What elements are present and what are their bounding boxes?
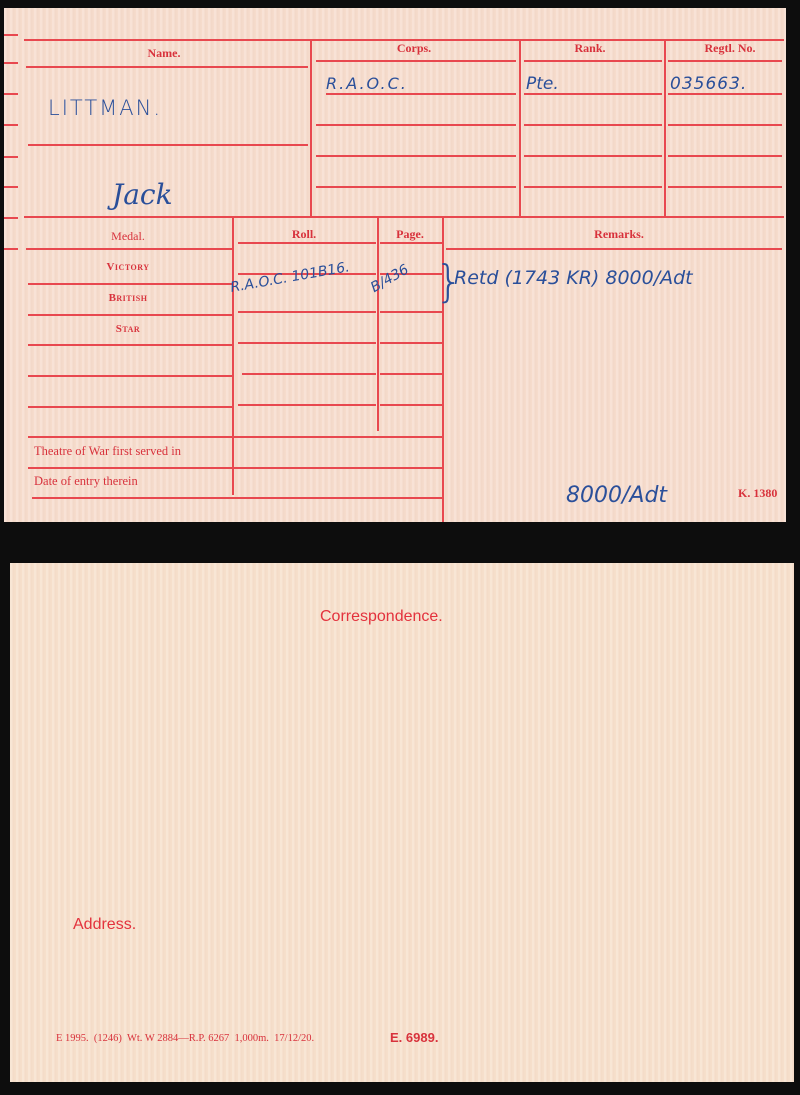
corps-header: Corps.: [364, 41, 464, 56]
date-of-entry-label: Date of entry therein: [34, 474, 138, 489]
remarks-header: Remarks.: [554, 227, 684, 242]
rule: [668, 124, 782, 126]
rule: [380, 342, 442, 344]
theatre-of-war-label: Theatre of War first served in: [34, 444, 181, 459]
bottom-note-entry: 8000/Adt: [566, 483, 667, 508]
medal-index-card-front: Name. Corps. Rank. Regtl. No. LITTMAN. J…: [4, 8, 786, 522]
margin-tick: [4, 62, 18, 64]
margin-tick: [4, 186, 18, 188]
rule: [446, 248, 782, 250]
forename-entry: Jack: [112, 178, 173, 211]
medal-british: British: [78, 292, 178, 304]
imprint-code: E. 6989.: [390, 1030, 438, 1045]
remarks-entry: Retd (1743 KR) 8000/Adt: [454, 267, 693, 289]
rule: [28, 467, 442, 469]
corps-entry: R.A.O.C.: [326, 74, 408, 93]
name-header: Name.: [104, 46, 224, 61]
rule: [524, 186, 662, 188]
margin-tick: [4, 93, 18, 95]
margin-tick: [4, 217, 18, 219]
correspondence-label: Correspondence.: [320, 608, 443, 626]
rule: [316, 124, 516, 126]
medal-header: Medal.: [78, 229, 178, 244]
rule: [380, 373, 442, 375]
rule: [316, 155, 516, 157]
roll-header: Roll.: [254, 227, 354, 242]
rank-header: Rank.: [540, 41, 640, 56]
rule: [377, 217, 379, 431]
rule: [316, 186, 516, 188]
rule: [28, 283, 232, 285]
rule: [26, 248, 232, 250]
rule: [664, 40, 666, 216]
roll-entry: R.A.O.C. 101B16.: [229, 259, 351, 296]
medal-index-card-back: Correspondence. Address. E 1995. (1246) …: [10, 563, 794, 1082]
rank-entry: Pte.: [526, 74, 559, 94]
rule: [28, 314, 232, 316]
form-code: K. 1380: [738, 486, 777, 501]
medal-victory: Victory: [78, 261, 178, 273]
regtl-no-entry: 035663.: [670, 74, 747, 94]
rule: [238, 311, 376, 313]
rule: [524, 60, 662, 62]
margin-tick: [4, 34, 18, 36]
margin-tick: [4, 124, 18, 126]
margin-tick: [4, 156, 18, 158]
regtl-no-header: Regtl. No.: [680, 41, 780, 56]
page-entry: B/436: [368, 262, 412, 296]
medal-star: Star: [78, 323, 178, 335]
rule: [380, 404, 442, 406]
rule: [28, 375, 232, 377]
rule: [668, 155, 782, 157]
rule: [238, 242, 376, 244]
rule: [524, 155, 662, 157]
rule: [519, 40, 521, 216]
rule: [380, 311, 442, 313]
printer-imprint: E 1995. (1246) Wt. W 2884—R.P. 6267 1,00…: [56, 1033, 314, 1044]
rule: [232, 217, 234, 495]
rule: [24, 216, 784, 218]
rule: [316, 60, 516, 62]
rule: [310, 40, 312, 216]
surname-entry: LITTMAN.: [48, 96, 162, 120]
rule: [32, 497, 442, 499]
rule: [28, 406, 232, 408]
rule: [380, 242, 442, 244]
rule: [28, 436, 442, 438]
rule: [668, 186, 782, 188]
address-label: Address.: [73, 916, 136, 934]
page-header: Page.: [380, 227, 440, 242]
rule: [242, 373, 376, 375]
rule: [326, 93, 516, 95]
rule: [238, 404, 376, 406]
margin-tick: [4, 248, 18, 250]
rule: [28, 144, 308, 146]
rule: [238, 342, 376, 344]
rule: [26, 66, 308, 68]
rule: [524, 124, 662, 126]
rule: [28, 344, 232, 346]
rule: [668, 60, 782, 62]
